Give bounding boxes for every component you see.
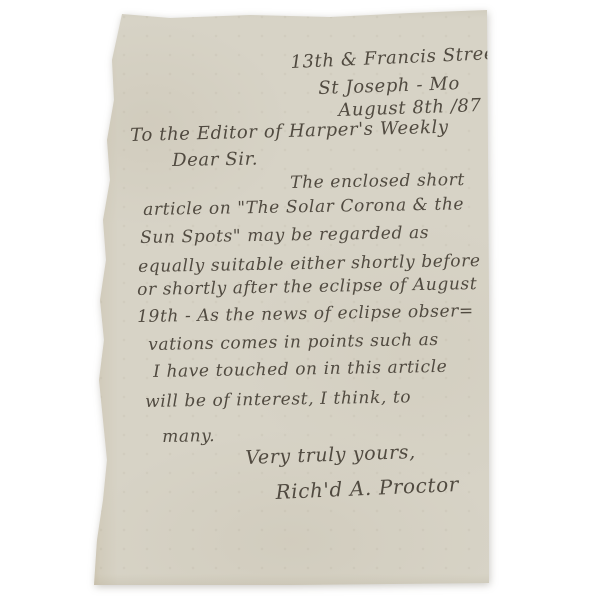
letter-body-line: The enclosed short — [290, 170, 465, 193]
letter-salutation: Dear Sir. — [172, 148, 258, 170]
letter-body-line: vations comes in points such as — [148, 330, 439, 355]
letter-body-line: 19th - As the news of eclipse obser= — [137, 301, 474, 327]
letter-city-line: St Joseph - Mo — [318, 73, 460, 99]
letter-closing: Very truly yours, — [245, 441, 416, 469]
letter-signature: Rich'd A. Proctor — [275, 472, 459, 504]
letter-body-line: article on "The Solar Corona & the — [143, 194, 464, 220]
letter-address-line: 13th & Francis Streets — [290, 42, 513, 73]
letter-body-line: many. — [162, 426, 215, 447]
letter-paper: 13th & Francis Streets St Joseph - Mo Au… — [90, 8, 492, 588]
letter-body-line: will be of interest, I think, to — [145, 387, 411, 412]
letter-paper-shadow: 13th & Francis Streets St Joseph - Mo Au… — [90, 8, 492, 588]
letter-body-line: equally suitable either shortly before — [138, 251, 481, 277]
letter-body-line: Sun Spots" may be regarded as — [140, 223, 429, 248]
letter-recipient-line: To the Editor of Harper's Weekly — [130, 117, 449, 146]
letter-body-line: or shortly after the eclipse of August — [137, 274, 477, 300]
letter-body-line: I have touched on in this article — [153, 357, 447, 382]
scan-background: 13th & Francis Streets St Joseph - Mo Au… — [0, 0, 600, 600]
